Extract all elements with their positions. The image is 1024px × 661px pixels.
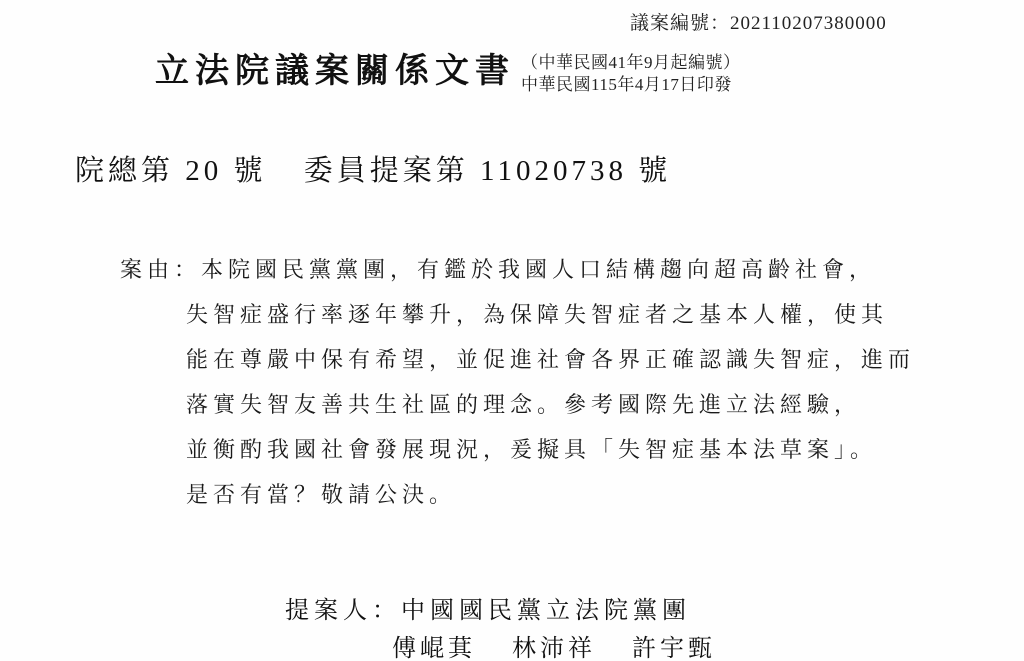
case-line: 並衡酌我國社會發展現況，爰擬具「失智症基本法草案」。 [120, 427, 930, 472]
title-annotations: （中華民國41年9月起編號） 中華民國115年4月17日印發 [521, 48, 741, 96]
case-line: 案由：本院國民黨黨團，有鑑於我國人口結構趨向超高齡社會， [120, 247, 930, 292]
case-line: 落實失智友善共生社區的理念。參考國際先進立法經驗， [120, 382, 930, 427]
case-line: 是否有當？敬請公決。 [120, 472, 930, 517]
proposer-name: 林沛祥 [512, 636, 596, 661]
proposer-org: 中國國民黨立法院黨團 [401, 598, 691, 624]
reference-numbers: 院總第 20 號 委員提案第 11020738 號 [75, 148, 671, 189]
yuan-general-number: 院總第 20 號 [75, 155, 267, 187]
case-label: 案由： [120, 257, 201, 282]
case-summary: 案由：本院國民黨黨團，有鑑於我國人口結構趨向超高齡社會， 失智症盛行率逐年攀升，… [120, 247, 930, 517]
proposer-names: 傅崐萁 林沛祥 許宇甄 [392, 628, 716, 661]
numbering-note: （中華民國41年9月起編號） [521, 52, 741, 74]
case-text: 本院國民黨黨團，有鑑於我國人口結構趨向超高齡社會， [201, 257, 876, 282]
case-line: 能在尊嚴中保有希望，並促進社會各界正確認識失智症，進而 [120, 337, 930, 382]
proposer-name: 許宇甄 [632, 636, 716, 661]
proposer-name: 傅崐萁 [392, 636, 476, 661]
proposer-line: 提案人：中國國民黨立法院黨團 [285, 590, 691, 625]
proposer-label: 提案人： [285, 598, 401, 624]
document-header: 立法院議案關係文書 （中華民國41年9月起編號） 中華民國115年4月17日印發 [155, 48, 741, 96]
bill-id: 議案編號：202110207380000 [630, 8, 887, 35]
page-title: 立法院議案關係文書 [155, 48, 515, 96]
case-line: 失智症盛行率逐年攀升，為保障失智症者之基本人權，使其 [120, 292, 930, 337]
document-page: 議案編號：202110207380000 立法院議案關係文書 （中華民國41年9… [0, 0, 1024, 661]
print-date: 中華民國115年4月17日印發 [521, 74, 741, 96]
member-proposal-number: 委員提案第 11020738 號 [304, 155, 671, 187]
